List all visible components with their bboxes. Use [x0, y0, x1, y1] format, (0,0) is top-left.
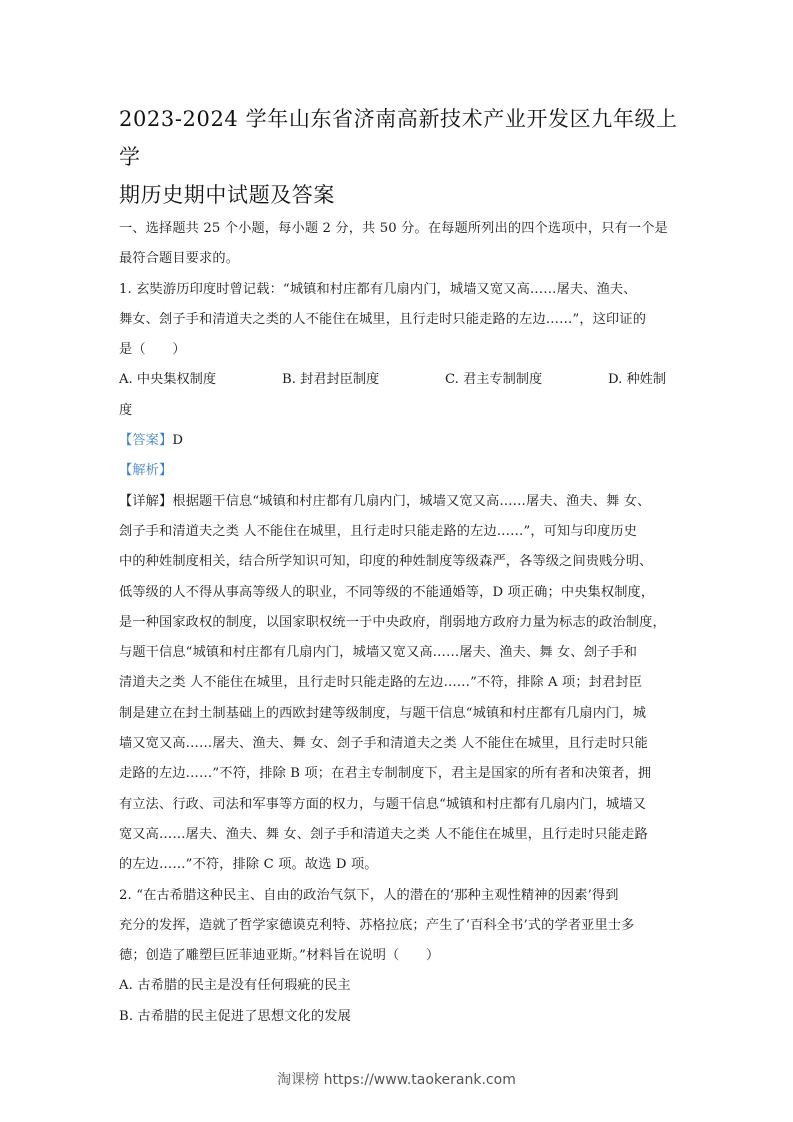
detail-line: 低等级的人不得从事高等级人的职业，不同等级的不能通婚等，D 项正确；中央集权制度… — [119, 578, 679, 608]
section-intro: 一、选择题共 25 个小题，每小题 2 分，共 50 分。在每题所列出的四个选项… — [119, 214, 679, 275]
option-d: D. 种姓制 — [608, 365, 666, 395]
option-b: B. 古希腊的民主促进了思想文化的发展 — [119, 1002, 679, 1032]
question-2-stem-line: 德；创造了雕塑巨匠菲迪亚斯。”材料旨在说明（ ） — [119, 941, 679, 971]
question-2-stem-line: 充分的发挥，造就了哲学家德谟克利特、苏格拉底；产生了‘百科全书’式的学者亚里士多 — [119, 911, 679, 941]
option-b: B. 封君封臣制度 — [282, 365, 445, 395]
detail-line: 走路的左边……”不符，排除 B 项；在君主专制制度下，君主是国家的所有者和决策者… — [119, 759, 679, 789]
option-a: A. 中央集权制度 — [119, 365, 282, 395]
question-1-stem-line: 是（ ） — [119, 335, 679, 365]
detail-line: 刽子手和清道夫之类 人不能住在城里，且行走时只能走路的左边……”，可知与印度历史 — [119, 517, 679, 547]
detail-line: 是一种国家政权的制度，以国家职权统一于中央政府，削弱地方政府力量为标志的政治制度… — [119, 608, 679, 638]
section-intro-line-2: 最符合题目要求的。 — [119, 244, 679, 274]
document-title: 2023-2024 学年山东省济南高新技术产业开发区九年级上学 期历史期中试题及… — [119, 100, 679, 214]
detail-text: 根据题干信息“城镇和村庄都有几扇内门，城墙又宽又高……屠夫、渔夫、舞 女、 — [172, 494, 650, 509]
question-1-stem-line: 1. 玄奘游历印度时曾记载：“城镇和村庄都有几扇内门，城墙又宽又高……屠夫、渔夫… — [119, 275, 679, 305]
detail-line: 【详解】根据题干信息“城镇和村庄都有几扇内门，城墙又宽又高……屠夫、渔夫、舞 女… — [119, 487, 679, 517]
detail-tag: 【详解】 — [119, 494, 172, 509]
question-1-stem-line: 舞女、刽子手和清道夫之类的人不能住在城里，且行走时只能走路的左边……”，这印证的 — [119, 305, 679, 335]
answer-value: D — [172, 433, 183, 448]
document-page: 2023-2024 学年山东省济南高新技术产业开发区九年级上学 期历史期中试题及… — [119, 100, 679, 1032]
question-1: 1. 玄奘游历印度时曾记载：“城镇和村庄都有几扇内门，城墙又宽又高……屠夫、渔夫… — [119, 275, 679, 881]
detail-line: 墙又宽又高……屠夫、渔夫、舞 女、刽子手和清道夫之类 人不能住在城里，且行走时只… — [119, 729, 679, 759]
question-2: 2. “在古希腊这种民主、自由的政治气氛下，人的潜在的‘那种主观性精神的因素’得… — [119, 881, 679, 1032]
question-1-options: A. 中央集权制度 B. 封君封臣制度 C. 君主专制制度 D. 种姓制 — [119, 365, 679, 395]
analysis-tag: 【解析】 — [119, 463, 172, 478]
option-d-wrap: 度 — [119, 396, 679, 426]
detail-line: 与题干信息“城镇和村庄都有几扇内门，城墙又宽又高……屠夫、渔夫、舞 女、刽子手和 — [119, 638, 679, 668]
title-line-1: 2023-2024 学年山东省济南高新技术产业开发区九年级上学 — [119, 100, 679, 176]
analysis-line: 【解析】 — [119, 456, 679, 486]
detail-line: 有立法、行政、司法和军事等方面的权力，与题干信息“城镇和村庄都有几扇内门，城墙又 — [119, 790, 679, 820]
detail-line: 制是建立在封土制基础上的西欧封建等级制度，与题干信息“城镇和村庄都有几扇内门，城 — [119, 699, 679, 729]
answer-line: 【答案】D — [119, 426, 679, 456]
detail-line: 中的种姓制度相关，结合所学知识可知，印度的种姓制度等级森严，各等级之间贵贱分明、 — [119, 547, 679, 577]
title-line-2: 期历史期中试题及答案 — [119, 176, 679, 214]
detail-explanation: 【详解】根据题干信息“城镇和村庄都有几扇内门，城墙又宽又高……屠夫、渔夫、舞 女… — [119, 487, 679, 881]
option-a: A. 古希腊的民主是没有任何瑕疵的民主 — [119, 971, 679, 1001]
watermark-footer: 淘课榜 https://www.taokerank.com — [0, 1069, 793, 1089]
option-c: C. 君主专制制度 — [445, 365, 608, 395]
detail-line: 宽又高……屠夫、渔夫、舞 女、刽子手和清道夫之类 人不能住在城里，且行走时只能走… — [119, 820, 679, 850]
answer-tag: 【答案】 — [119, 433, 172, 448]
detail-line: 的左边……”不符，排除 C 项。故选 D 项。 — [119, 850, 679, 880]
detail-line: 清道夫之类 人不能住在城里，且行走时只能走路的左边……”不符，排除 A 项；封君… — [119, 668, 679, 698]
question-2-stem-line: 2. “在古希腊这种民主、自由的政治气氛下，人的潜在的‘那种主观性精神的因素’得… — [119, 881, 679, 911]
section-intro-line-1: 一、选择题共 25 个小题，每小题 2 分，共 50 分。在每题所列出的四个选项… — [119, 214, 679, 244]
